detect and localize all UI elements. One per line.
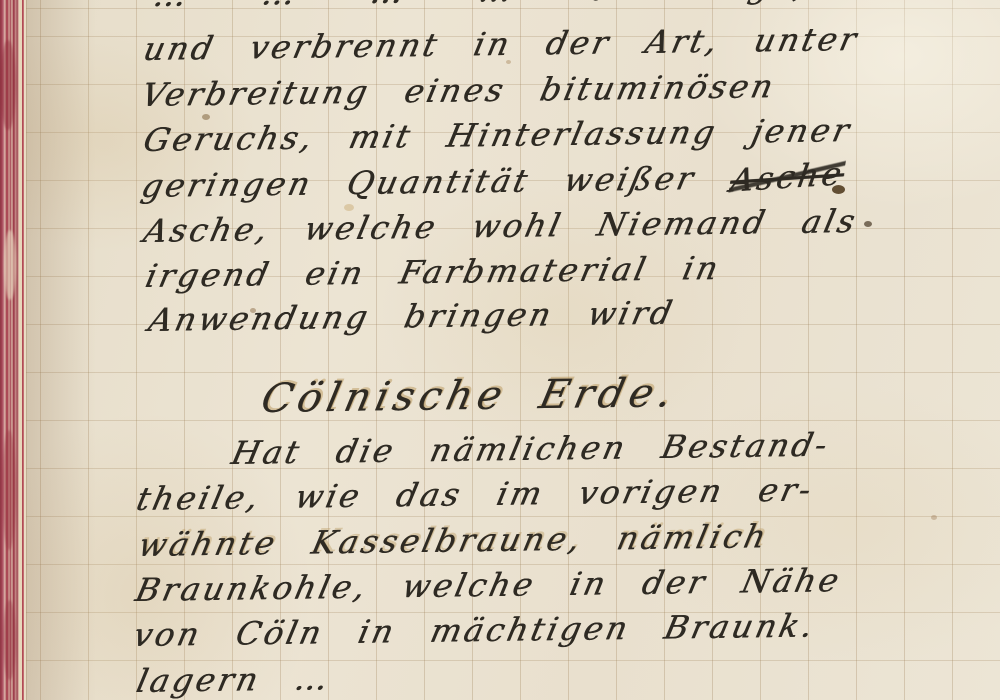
binding-shadow bbox=[26, 0, 96, 700]
handwritten-text: geringen Quantität weißer bbox=[138, 159, 699, 205]
paper-stain bbox=[202, 114, 210, 120]
notebook-paper: … … … … zu Tage, und verbrennt in der Ar… bbox=[26, 0, 1000, 700]
handwritten-line: Anwendung bringen wird bbox=[145, 294, 678, 339]
handwritten-line-partial-bottom: lagern … bbox=[133, 659, 335, 700]
paper-stain bbox=[931, 515, 937, 520]
edge-marbling bbox=[0, 40, 16, 130]
ink-blot bbox=[864, 221, 872, 227]
edge-marbling bbox=[2, 430, 16, 550]
struck-word: Asche bbox=[727, 154, 847, 199]
edge-marbling bbox=[4, 230, 16, 300]
handwritten-line: irgend ein Farbmaterial in bbox=[142, 249, 724, 295]
book-fore-edge bbox=[0, 0, 26, 700]
section-heading: Cölnische Erde. bbox=[258, 374, 680, 418]
manuscript-scan: … … … … zu Tage, und verbrennt in der Ar… bbox=[0, 0, 1000, 700]
edge-marbling bbox=[3, 600, 16, 680]
